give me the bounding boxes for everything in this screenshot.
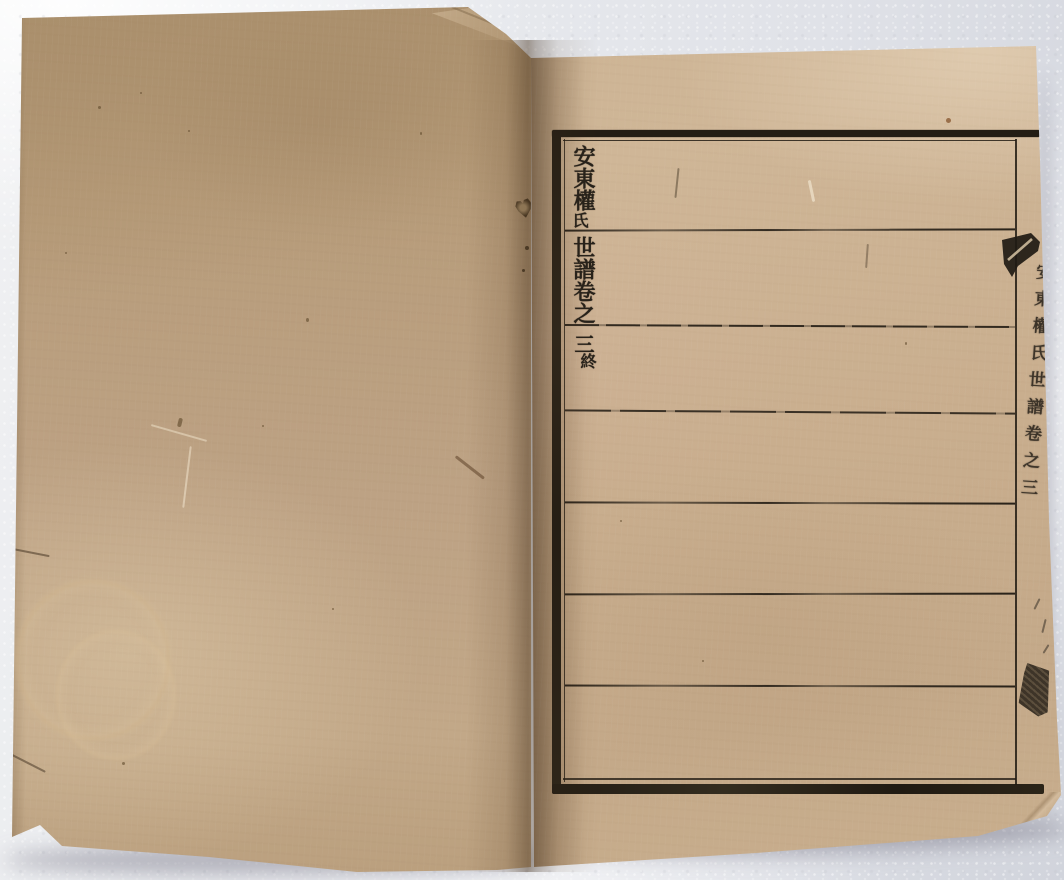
frame-inner-line-bottom [563, 778, 1016, 780]
paper-speck [188, 130, 190, 132]
paper-speck [946, 118, 951, 123]
paper-speck [332, 608, 334, 610]
frame-inner-line-top [563, 140, 1016, 142]
paper-speck [140, 92, 142, 94]
gutter-shadow [466, 40, 598, 872]
paper-speck [262, 425, 264, 427]
paper-speck [122, 762, 125, 765]
frame-border-bottom [552, 784, 1044, 794]
paper-speck [702, 660, 704, 662]
gutter-speck [522, 269, 525, 272]
photo-open-genealogy-book: 安東權 氏 世譜卷之 三 終 安東權氏世譜卷之三 [0, 0, 1064, 880]
gutter-speck [525, 246, 529, 250]
paper-speck [620, 520, 622, 522]
paper-speck [420, 132, 422, 135]
frame-border-top [552, 130, 1040, 137]
water-stain-ring [56, 630, 176, 760]
paper-speck [98, 106, 101, 109]
paper-speck [306, 318, 309, 322]
paper-speck [905, 342, 907, 345]
paper-speck [65, 252, 67, 254]
